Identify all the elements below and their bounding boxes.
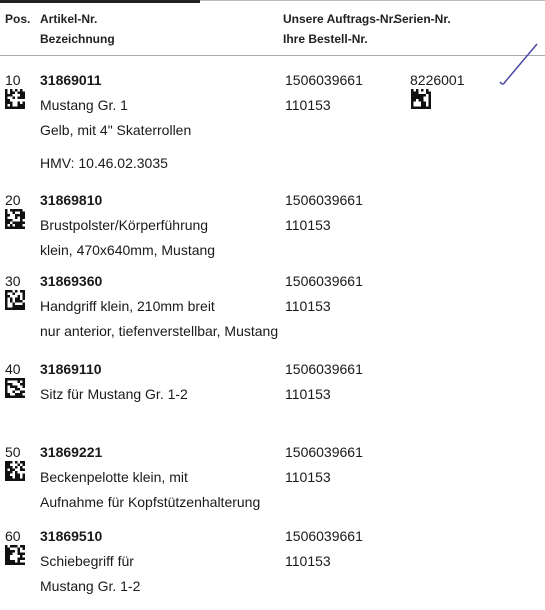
- header-artikel-nr: Artikel-Nr.: [40, 12, 97, 26]
- datamatrix-icon: [5, 209, 25, 229]
- item-auftrags-nr: 1506039661: [285, 273, 363, 289]
- item-artikel-nr: 31869110: [40, 361, 102, 377]
- item-description: klein, 470x640mm, Mustang: [40, 242, 215, 258]
- datamatrix-icon: [5, 461, 25, 481]
- item-description: Mustang Gr. 1: [40, 97, 128, 113]
- item-pos: 40: [5, 361, 21, 377]
- header-auftrags-nr: Unsere Auftrags-Nr.: [283, 12, 396, 26]
- datamatrix-icon: [410, 89, 432, 109]
- item-serien-nr: 8226001: [410, 72, 465, 88]
- item-pos: 60: [5, 528, 21, 544]
- item-pos: 20: [5, 192, 21, 208]
- top-rule: [0, 0, 200, 3]
- item-pos: 30: [5, 273, 21, 289]
- item-description: Aufnahme für Kopfstützenhalterung: [40, 494, 260, 510]
- header-bestell-nr: Ihre Bestell-Nr.: [283, 32, 368, 46]
- datamatrix-icon: [5, 89, 25, 109]
- item-pos: 50: [5, 444, 21, 460]
- item-auftrags-nr: 1506039661: [285, 361, 363, 377]
- item-description: Gelb, mit 4" Skaterrollen: [40, 122, 191, 138]
- item-bestell-nr: 110153: [285, 298, 331, 314]
- item-bestell-nr: 110153: [285, 97, 331, 113]
- item-auftrags-nr: 1506039661: [285, 444, 363, 460]
- datamatrix-icon: [5, 378, 25, 398]
- item-pos: 10: [5, 72, 21, 88]
- item-artikel-nr: 31869810: [40, 192, 102, 208]
- item-bestell-nr: 110153: [285, 553, 331, 569]
- header-serien-nr: Serien-Nr.: [394, 12, 451, 26]
- item-artikel-nr: 31869360: [40, 273, 102, 289]
- item-artikel-nr: 31869011: [40, 72, 102, 88]
- datamatrix-icon: [5, 545, 25, 565]
- datamatrix-icon: [5, 290, 25, 310]
- item-bestell-nr: 110153: [285, 386, 331, 402]
- item-auftrags-nr: 1506039661: [285, 192, 363, 208]
- item-description: Brustpolster/Körperführung: [40, 217, 208, 233]
- checkmark-icon: [495, 40, 540, 90]
- header-pos: Pos.: [5, 12, 30, 26]
- item-auftrags-nr: 1506039661: [285, 528, 363, 544]
- item-description: Sitz für Mustang Gr. 1-2: [40, 386, 188, 402]
- item-artikel-nr: 31869221: [40, 444, 102, 460]
- item-bestell-nr: 110153: [285, 469, 331, 485]
- item-bestell-nr: 110153: [285, 217, 331, 233]
- header-divider: [0, 55, 545, 56]
- item-description: Schiebegriff für: [40, 553, 134, 569]
- item-description: Handgriff klein, 210mm breit: [40, 298, 215, 314]
- item-description: HMV: 10.46.02.3035: [40, 155, 168, 171]
- item-description: Mustang Gr. 1-2: [40, 578, 140, 594]
- item-description: nur anterior, tiefenverstellbar, Mustang: [40, 323, 278, 339]
- item-artikel-nr: 31869510: [40, 528, 102, 544]
- item-description: Beckenpelotte klein, mit: [40, 469, 188, 485]
- item-auftrags-nr: 1506039661: [285, 72, 363, 88]
- top-rule-thin: [200, 0, 545, 1]
- header-bezeichnung: Bezeichnung: [40, 32, 115, 46]
